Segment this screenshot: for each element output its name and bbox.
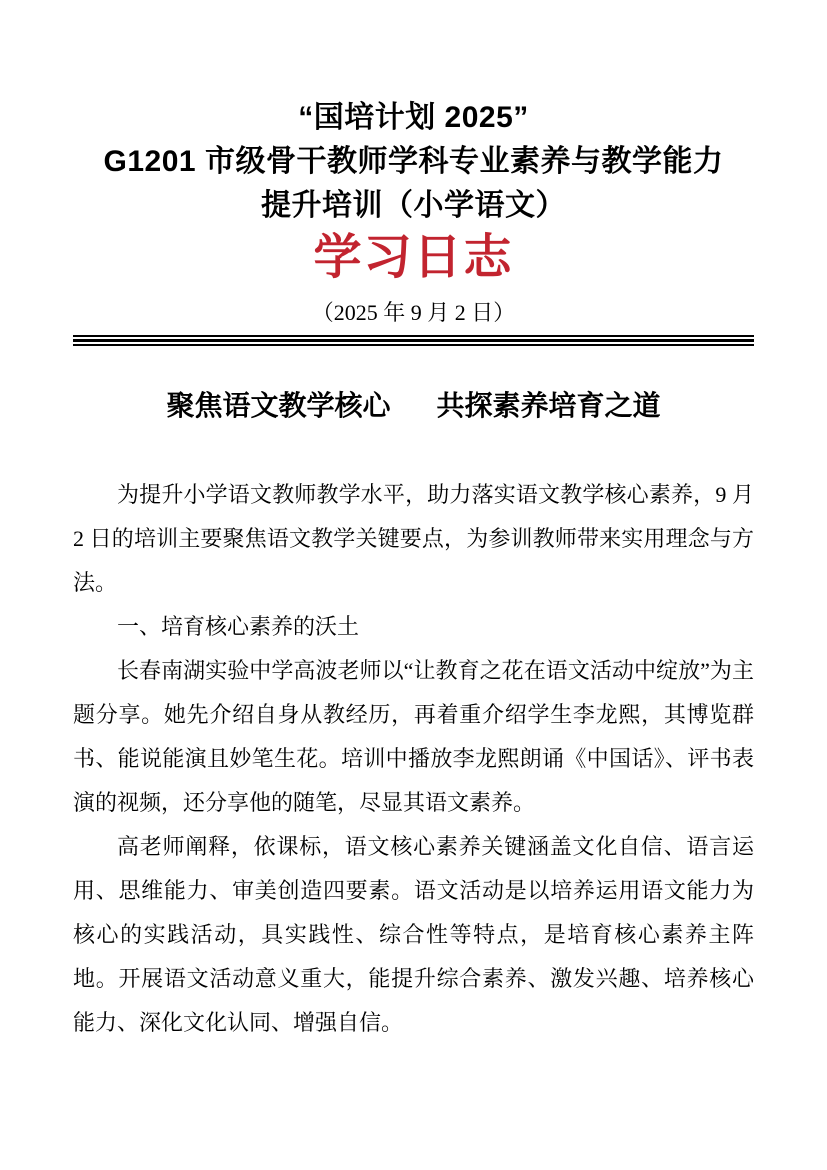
document-content: “国培计划 2025” G1201 市级骨干教师学科专业素养与教学能力 提升培训… <box>73 0 754 1045</box>
article-heading-left: 聚焦语文教学核心 <box>166 391 390 422</box>
intro-paragraph: 为提升小学语文教师教学水平，助力落实语文教学核心素养，9 月 2 日的培训主要聚… <box>73 473 754 605</box>
divider-line-bottom <box>73 344 754 346</box>
date-line: （2025 年 9 月 2 日） <box>73 298 754 328</box>
section1-heading: 一、培育核心素养的沃土 <box>73 605 754 649</box>
article-heading: 聚焦语文教学核心共探素养培育之道 <box>73 387 754 427</box>
program-title-line-2: G1201 市级骨干教师学科专业素养与教学能力 <box>73 140 754 184</box>
section-divider <box>73 335 754 346</box>
program-title-line-3: 提升培训（小学语文） <box>73 184 754 228</box>
program-title-line-1: “国培计划 2025” <box>73 96 754 140</box>
article-heading-right: 共探素养培育之道 <box>437 391 661 422</box>
title-block: “国培计划 2025” G1201 市级骨干教师学科专业素养与教学能力 提升培训… <box>73 96 754 328</box>
body-paragraph-2: 高老师阐释，依课标，语文核心素养关键涵盖文化自信、语言运用、思维能力、审美创造四… <box>73 825 754 1045</box>
divider-line-middle <box>73 339 754 342</box>
divider-line-top <box>73 335 754 337</box>
document-page: “国培计划 2025” G1201 市级骨干教师学科专业素养与教学能力 提升培训… <box>0 0 827 1170</box>
doc-title: 学习日志 <box>73 230 754 286</box>
article-body: 为提升小学语文教师教学水平，助力落实语文教学核心素养，9 月 2 日的培训主要聚… <box>73 473 754 1045</box>
body-paragraph-1: 长春南湖实验中学高波老师以“让教育之花在语文活动中绽放”为主题分享。她先介绍自身… <box>73 649 754 825</box>
